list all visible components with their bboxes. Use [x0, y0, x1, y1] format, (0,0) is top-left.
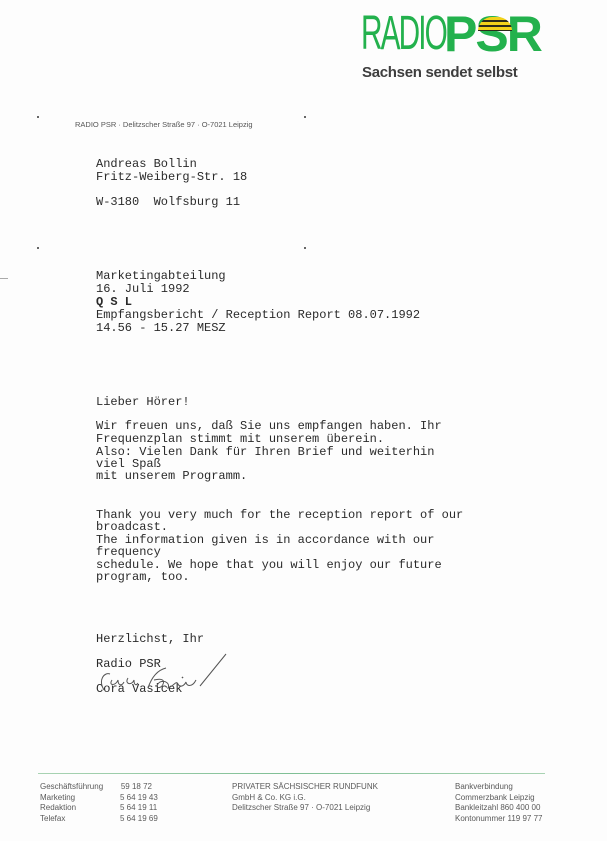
body-line: program, too. — [96, 571, 190, 584]
punch-mark — [0, 278, 8, 279]
fold-mark — [37, 247, 39, 249]
phone-number: 5 64 19 43 — [120, 793, 152, 804]
phone-label: Redaktion — [40, 803, 120, 814]
bank-line: Kontonummer 119 97 77 — [455, 814, 542, 825]
radio-psr-logo: RADIO PSR — [361, 8, 546, 60]
bank-line: Bankverbindung — [455, 782, 542, 793]
phone-row: Geschäftsführung 59 18 72 — [40, 782, 152, 793]
reception-time: 14.56 - 15.27 MESZ — [96, 322, 226, 335]
fold-mark — [304, 247, 306, 249]
salutation: Lieber Hörer! — [96, 396, 190, 409]
phone-label: Telefax — [40, 814, 120, 825]
fold-mark — [37, 116, 39, 118]
tagline: Sachsen sendet selbst — [362, 64, 517, 81]
company-line: PRIVATER SÄCHSISCHER RUNDFUNK — [232, 782, 378, 793]
phone-row: Redaktion 5 64 19 11 — [40, 803, 152, 814]
phone-number: 59 18 72 — [120, 782, 152, 793]
logo-radio-text: RADIO — [361, 8, 446, 60]
footer-divider — [38, 773, 545, 774]
closing-greeting: Herzlichst, Ihr — [96, 633, 204, 646]
recipient-street: Fritz-Weiberg-Str. 18 — [96, 171, 247, 184]
company-line: GmbH & Co. KG i.G. — [232, 793, 378, 804]
phone-number: 5 64 19 11 — [120, 803, 152, 814]
phone-row: Marketing 5 64 19 43 — [40, 793, 152, 804]
body-line: mit unserem Programm. — [96, 470, 247, 483]
footer-company-info: PRIVATER SÄCHSISCHER RUNDFUNK GmbH & Co.… — [232, 782, 378, 814]
return-address: RADIO PSR · Delitzscher Straße 97 · O-70… — [75, 120, 253, 129]
recipient-city: W-3180 Wolfsburg 11 — [96, 196, 240, 209]
phone-number: 5 64 19 69 — [120, 814, 152, 825]
company-line: Delitzscher Straße 97 · O-7021 Leipzig — [232, 803, 378, 814]
logo-psr-text: PSR — [444, 8, 541, 60]
phone-label: Marketing — [40, 793, 120, 804]
fold-mark — [304, 116, 306, 118]
bank-line: Commerzbank Leipzig — [455, 793, 542, 804]
handwritten-signature — [96, 650, 236, 700]
footer-phone-list: Geschäftsführung 59 18 72 Marketing 5 64… — [40, 782, 152, 824]
phone-label: Geschäftsführung — [40, 782, 120, 793]
phone-row: Telefax 5 64 19 69 — [40, 814, 152, 825]
footer-bank-info: Bankverbindung Commerzbank Leipzig Bankl… — [455, 782, 542, 824]
bank-line: Bankleitzahl 860 400 00 — [455, 803, 542, 814]
